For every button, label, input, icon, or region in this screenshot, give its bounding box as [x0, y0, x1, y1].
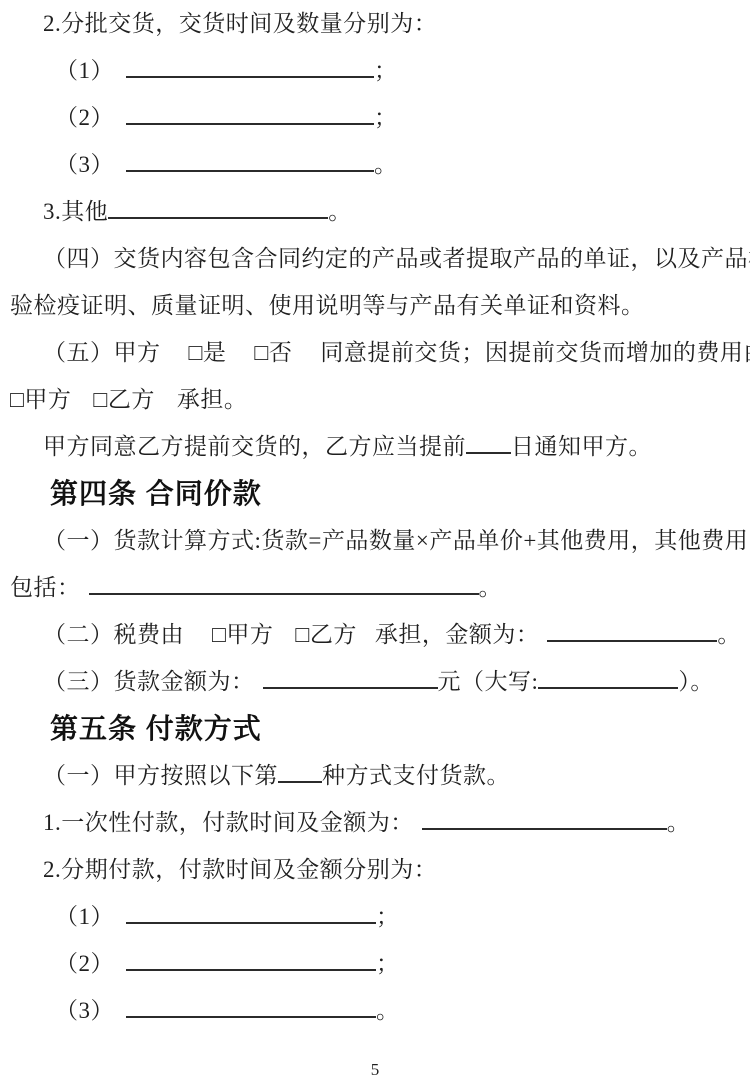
amount-numeric-blank-field: [263, 666, 438, 689]
batch-item-1-label: （1）: [55, 58, 114, 83]
early-notice-post: 日通知甲方。: [511, 434, 652, 459]
batch-item-2-label: （2）: [55, 105, 114, 130]
onetime-payment-punct: 。: [667, 810, 691, 835]
onetime-payment-blank-field: [422, 807, 667, 830]
early-delivery-yes-label: 是: [203, 340, 227, 365]
amount-middle: 元（大写:: [438, 669, 539, 694]
batch-item-3-label: （3）: [55, 152, 114, 177]
tax-party-a-label: 甲方: [226, 622, 273, 647]
onetime-payment-line: 1.一次性付款，付款时间及金额为：。: [10, 799, 737, 846]
amount-line: （三）货款金额为：元（大写:）。: [10, 658, 737, 705]
other-delivery-blank-field: [108, 196, 328, 219]
batch-item-2-punct: ；: [374, 105, 398, 130]
price-calc-punct: 。: [479, 575, 503, 600]
article-5-heading: 第五条 付款方式: [10, 705, 737, 752]
installment-item-3-blank-field: [126, 995, 376, 1018]
amount-capital-blank-field: [538, 666, 678, 689]
payment-method-blank-field: [278, 760, 322, 783]
early-delivery-prefix: （五）甲方: [43, 340, 161, 365]
page-number: 5: [0, 1060, 750, 1080]
installment-item-2-punct: ；: [376, 951, 400, 976]
early-delivery-line-2: □甲方□乙方承担。: [10, 376, 737, 423]
early-delivery-bear: 承担。: [177, 387, 248, 412]
installment-item-2-blank-field: [126, 948, 376, 971]
checkbox-yes-icon: □: [189, 340, 203, 365]
payment-method-post: 种方式支付货款。: [322, 763, 510, 788]
article-4-title: 第四条 合同价款: [50, 478, 262, 509]
early-notice-days-blank-field: [466, 431, 511, 454]
price-calc-include-label: 包括：: [10, 575, 81, 600]
installment-item-3: （3）。: [10, 987, 737, 1034]
tax-amount-blank-field: [547, 619, 717, 642]
early-delivery-rest: 同意提前交货；因提前交货而增加的费用由: [320, 340, 750, 365]
early-delivery-no-label: 否: [269, 340, 293, 365]
tax-party-b-label: 乙方: [310, 622, 357, 647]
batch-item-1-punct: ；: [374, 58, 398, 83]
price-calc-text: （一）货款计算方式:货款=产品数量×产品单价+其他费用，其他费用: [43, 528, 748, 553]
payment-method-pre: （一）甲方按照以下第: [43, 763, 278, 788]
amount-end: ）。: [678, 669, 714, 694]
installment-item-3-punct: 。: [376, 998, 400, 1023]
other-delivery: 3.其他。: [10, 188, 737, 235]
installment-item-2-label: （2）: [55, 951, 114, 976]
price-calc-blank-field: [89, 572, 479, 595]
installment-item-1-label: （1）: [55, 904, 114, 929]
checkbox-party-a-icon: □: [10, 387, 24, 412]
installment-intro-text: 2.分期付款，付款时间及金额分别为：: [43, 857, 437, 882]
batch-item-3: （3）。: [10, 141, 737, 188]
payment-method-line: （一）甲方按照以下第种方式支付货款。: [10, 752, 737, 799]
delivery-content-text-2: 验检疫证明、质量证明、使用说明等与产品有关单证和资料。: [10, 293, 645, 318]
tax-prefix: （二）税费由: [43, 622, 184, 647]
article-5-title: 第五条 付款方式: [50, 713, 262, 744]
installment-item-1-punct: ；: [376, 904, 400, 929]
price-calc-line-2: 包括：。: [10, 564, 737, 611]
early-delivery-party-b-label: 乙方: [108, 387, 155, 412]
onetime-payment-pre: 1.一次性付款，付款时间及金额为：: [43, 810, 414, 835]
amount-prefix: （三）货款金额为：: [43, 669, 255, 694]
early-delivery-line-1: （五）甲方□是□否同意提前交货；因提前交货而增加的费用由: [10, 329, 737, 376]
batch-delivery-intro: 2.分批交货，交货时间及数量分别为：: [10, 0, 737, 47]
installment-item-2: （2）；: [10, 940, 737, 987]
checkbox-no-icon: □: [254, 340, 268, 365]
tax-middle: 承担，金额为：: [375, 622, 540, 647]
batch-item-3-blank-field: [126, 149, 374, 172]
installment-item-1-blank-field: [126, 901, 376, 924]
batch-item-2-blank-field: [126, 102, 374, 125]
other-delivery-label: 3.其他: [43, 199, 108, 224]
batch-item-1-blank-field: [126, 55, 374, 78]
tax-line: （二）税费由□甲方□乙方承担，金额为：。: [10, 611, 737, 658]
checkbox-tax-party-b-icon: □: [295, 622, 309, 647]
batch-item-2: （2）；: [10, 94, 737, 141]
price-calc-line-1: （一）货款计算方式:货款=产品数量×产品单价+其他费用，其他费用: [10, 517, 737, 564]
installment-intro-line: 2.分期付款，付款时间及金额分别为：: [10, 846, 737, 893]
batch-item-3-punct: 。: [374, 152, 398, 177]
checkbox-party-b-icon: □: [93, 387, 107, 412]
other-delivery-punct: 。: [328, 199, 352, 224]
batch-item-1: （1）；: [10, 47, 737, 94]
installment-item-3-label: （3）: [55, 998, 114, 1023]
batch-delivery-intro-text: 2.分批交货，交货时间及数量分别为：: [43, 11, 437, 36]
document-content: 2.分批交货，交货时间及数量分别为： （1）； （2）； （3）。 3.其他。 …: [0, 0, 750, 1034]
delivery-content-text-1: （四）交货内容包含合同约定的产品或者提取产品的单证，以及产品检: [43, 246, 750, 271]
delivery-content-line-2: 验检疫证明、质量证明、使用说明等与产品有关单证和资料。: [10, 282, 737, 329]
early-delivery-party-a-label: 甲方: [24, 387, 71, 412]
delivery-content-line-1: （四）交货内容包含合同约定的产品或者提取产品的单证，以及产品检: [10, 235, 737, 282]
tax-punct: 。: [717, 622, 741, 647]
contract-document-page: 2.分批交货，交货时间及数量分别为： （1）； （2）； （3）。 3.其他。 …: [0, 0, 750, 1092]
article-4-heading: 第四条 合同价款: [10, 470, 737, 517]
early-notice-pre: 甲方同意乙方提前交货的，乙方应当提前: [43, 434, 466, 459]
installment-item-1: （1）；: [10, 893, 737, 940]
early-notice-line: 甲方同意乙方提前交货的，乙方应当提前日通知甲方。: [10, 423, 737, 470]
checkbox-tax-party-a-icon: □: [212, 622, 226, 647]
